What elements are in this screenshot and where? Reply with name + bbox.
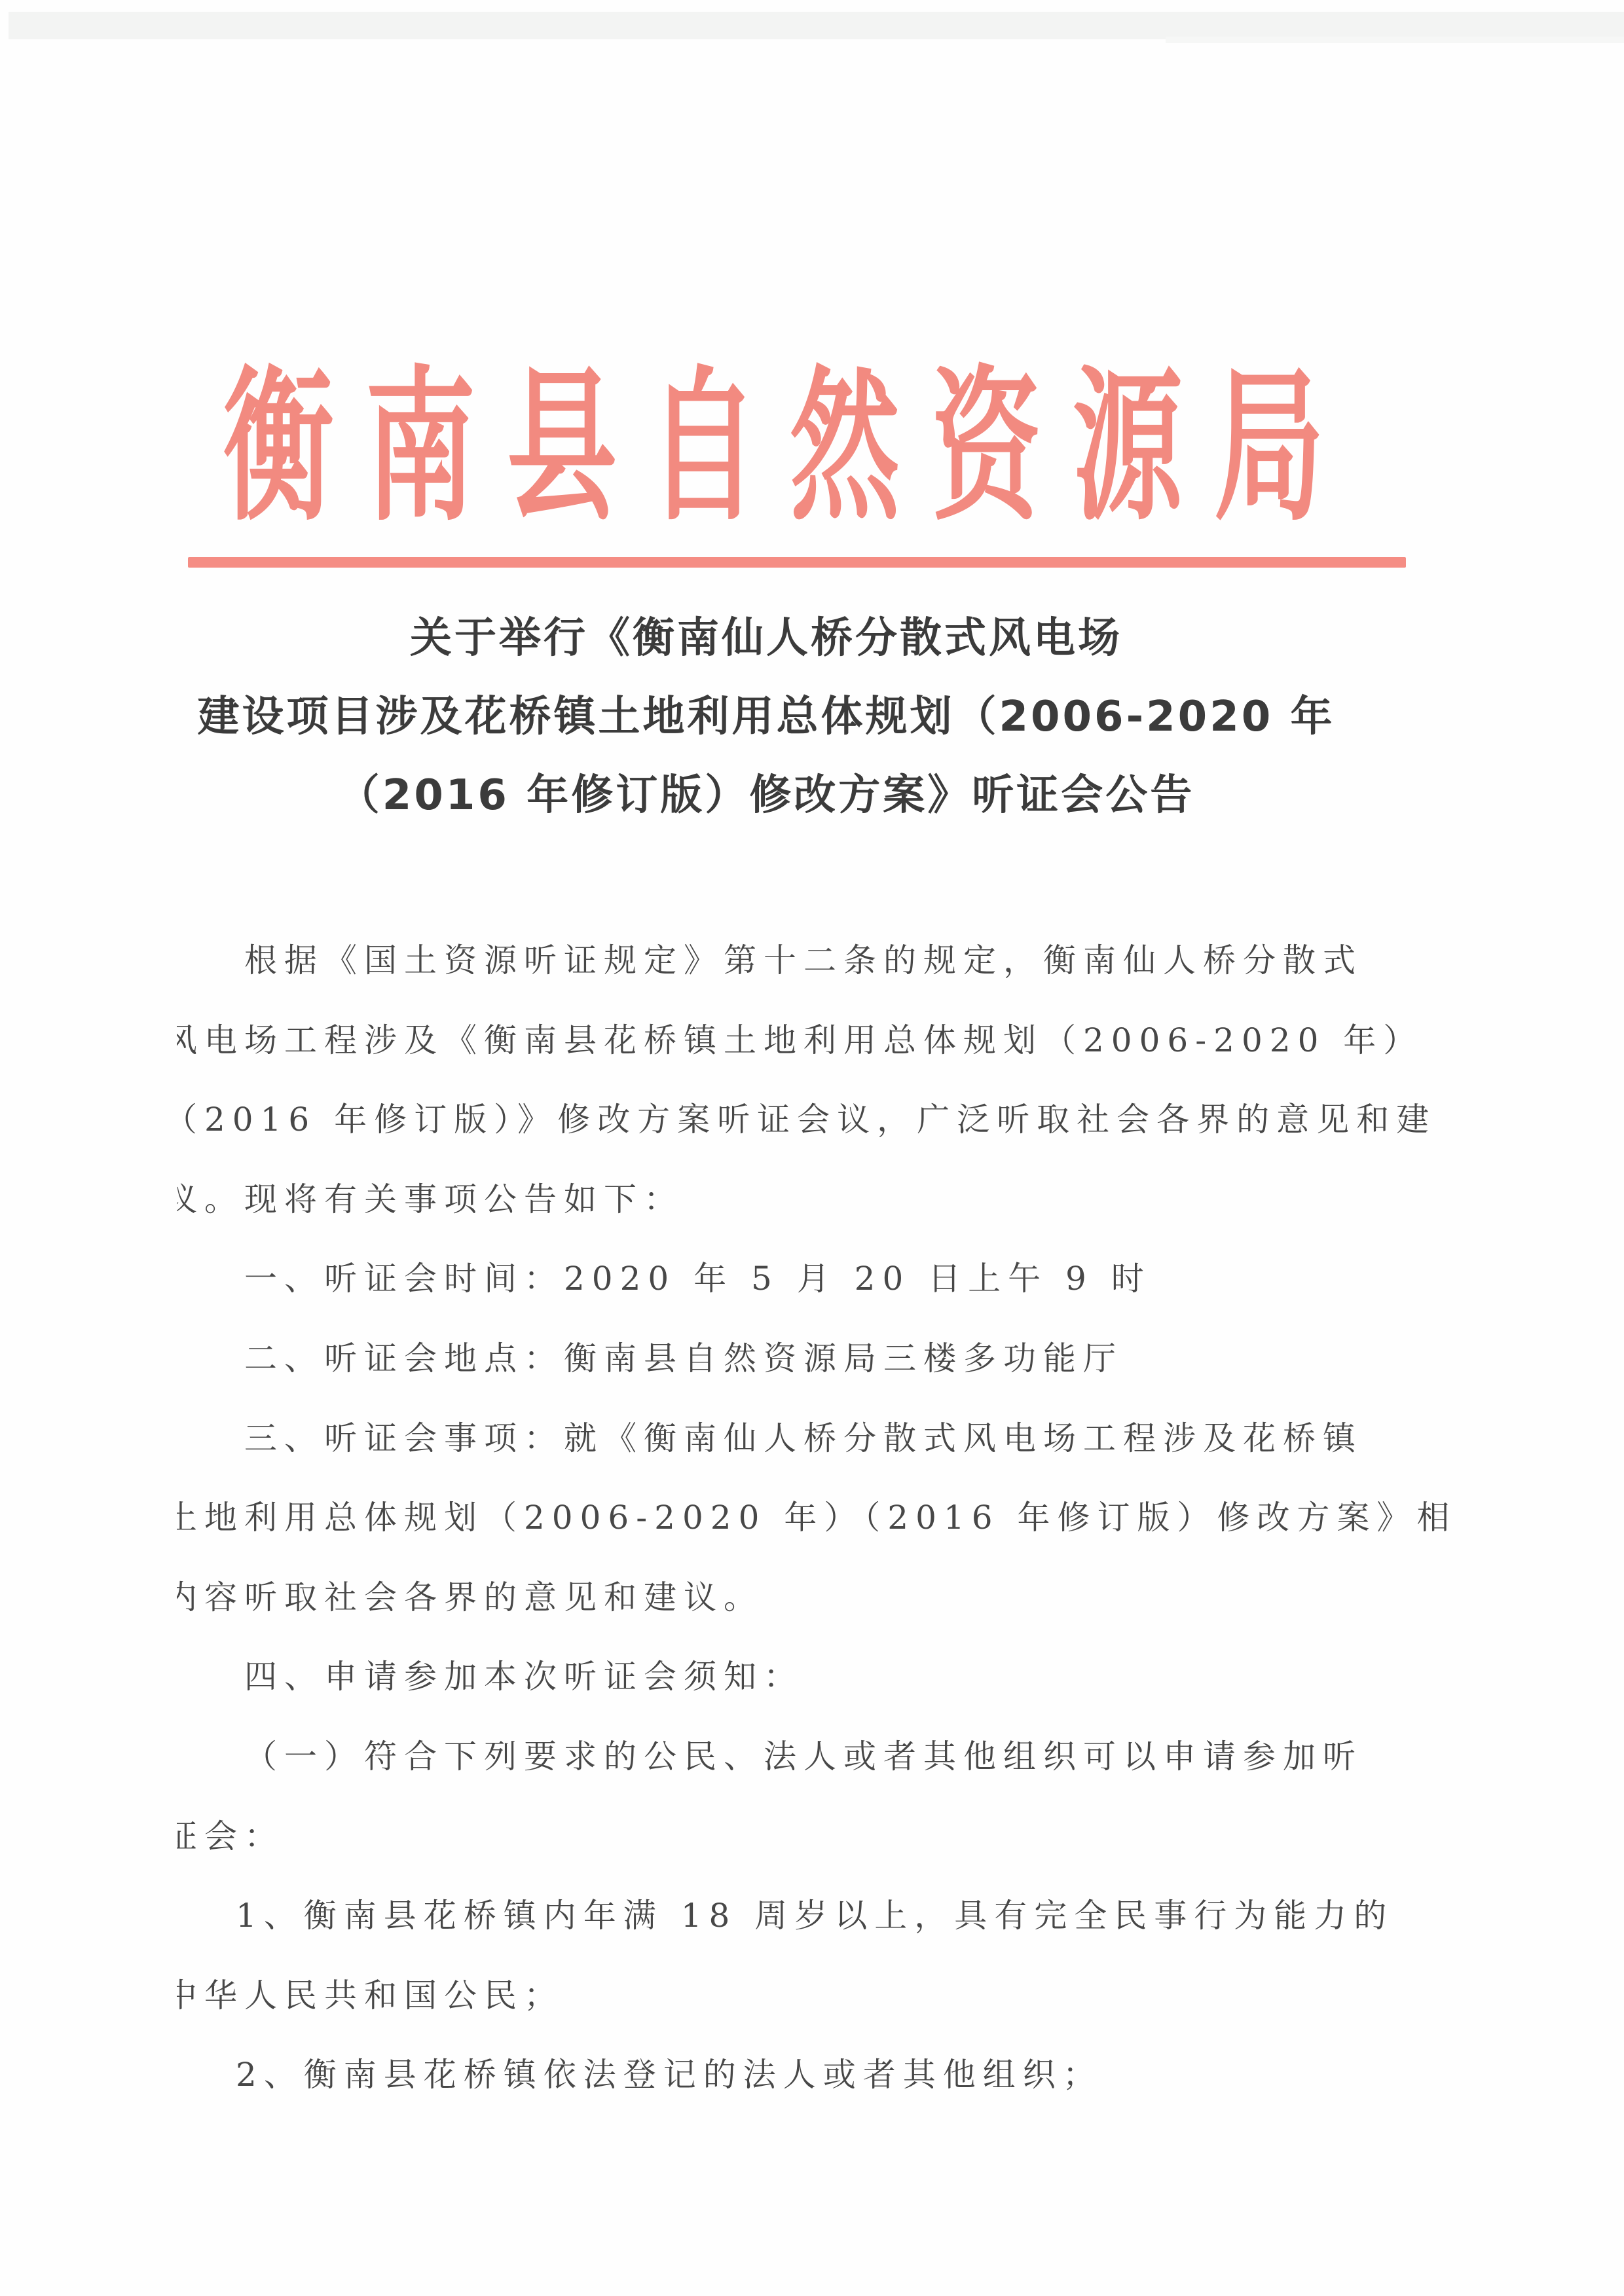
title-line-2: 建设项目涉及花桥镇土地利用总体规划（2006-2020 年 (0, 691, 1532, 743)
body-paragraph-line: 中华人民共和国公民； (177, 1973, 564, 2018)
body-paragraph-line: 议。现将有关事项公告如下： (177, 1176, 684, 1222)
body-paragraph-line: 风电场工程涉及《衡南县花桥镇土地利用总体规划（2006-2020 年） (177, 1017, 1423, 1063)
body-paragraph-line: （2016 年修订版）》修改方案听证会议，广泛听取社会各界的意见和建 (177, 1097, 1436, 1142)
title-line-1: 关于举行《衡南仙人桥分散式风电场 (0, 612, 1532, 665)
red-letterhead: 衡 南 县 自 然 资 源 局 (0, 0, 1624, 589)
sub-item-eligibility: （一）符合下列要求的公民、法人或者其他组织可以申请参加听 (177, 1734, 1363, 1779)
eligibility-item-2: 2、衡南县花桥镇依法登记的法人或者其他组织； (177, 2052, 1103, 2098)
body-paragraph-line: 内容听取社会各界的意见和建议。 (177, 1575, 764, 1620)
letterhead-char: 自 (648, 367, 759, 614)
letterhead-char: 局 (1213, 367, 1325, 614)
item-hearing-location: 二、听证会地点：衡南县自然资源局三楼多功能厅 (177, 1336, 1123, 1381)
letterhead-char: 衡 (223, 367, 334, 614)
body-paragraph-line: 证会： (177, 1813, 284, 1859)
scanned-page: 衡 南 县 自 然 资 源 局 关于举行《衡南仙人桥分散式风电场 建设项目涉及花… (0, 0, 1624, 2296)
letterhead-char: 然 (789, 367, 900, 614)
letterhead-char: 资 (931, 367, 1042, 614)
body-paragraph-line: 土地利用总体规划（2006-2020 年）（2016 年修订版）修改方案》相关 (177, 1495, 1454, 1540)
title-line-3: （2016 年修订版）修改方案》听证会公告 (0, 769, 1532, 822)
letterhead-char: 南 (365, 367, 476, 614)
letterhead-char: 县 (506, 367, 618, 614)
item-hearing-matters: 三、听证会事项：就《衡南仙人桥分散式风电场工程涉及花桥镇 (177, 1415, 1363, 1461)
item-application-notes: 四、申请参加本次听证会须知： (177, 1654, 803, 1700)
item-hearing-time: 一、听证会时间：2020 年 5 月 20 日上午 9 时 (177, 1256, 1151, 1302)
body-paragraph-line: 根据《国土资源听证规定》第十二条的规定，衡南仙人桥分散式 (177, 938, 1363, 983)
letterhead-char: 源 (1072, 367, 1183, 614)
notice-body: 根据《国土资源听证规定》第十二条的规定，衡南仙人桥分散式 风电场工程涉及《衡南县… (177, 903, 1454, 2147)
eligibility-item-1: 1、衡南县花桥镇内年满 18 周岁以上，具有完全民事行为能力的 (177, 1893, 1393, 1939)
letterhead-red-rule (188, 557, 1406, 568)
